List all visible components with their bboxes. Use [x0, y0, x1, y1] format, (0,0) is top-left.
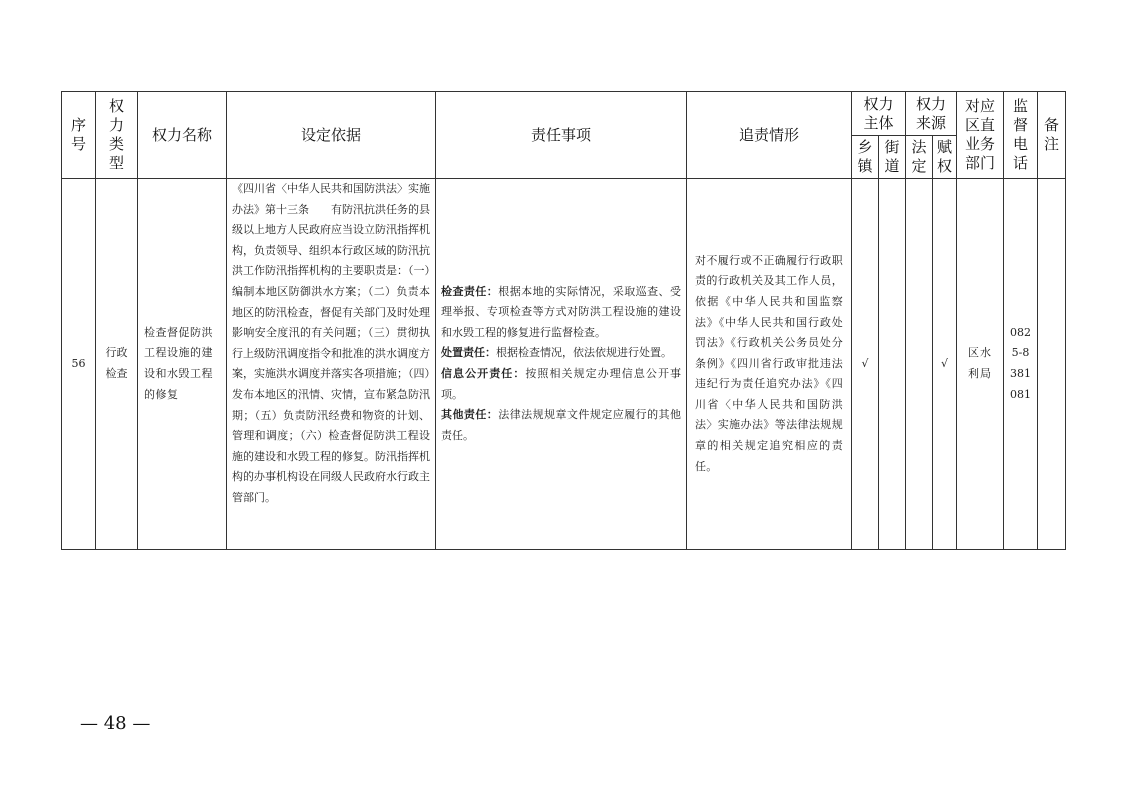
header-subject-township: 乡镇 — [852, 136, 879, 179]
header-seq: 序号 — [62, 92, 96, 179]
page-number: — 48 — — [80, 713, 150, 734]
header-dept: 对应区直业务部门 — [957, 92, 1004, 179]
cell-power-type: 行政检查 — [96, 179, 138, 550]
cell-subject-street — [879, 179, 906, 550]
header-power-type: 权力类型 — [96, 92, 138, 179]
header-accountability: 追责情形 — [687, 92, 852, 179]
cell-phone: 082 5-8 381 081 — [1004, 179, 1038, 550]
header-power-subject: 权力主体 — [852, 92, 906, 136]
cell-accountability: 对不履行或不正确履行行政职责的行政机关及其工作人员，依据《中华人民共和国监察法》… — [687, 179, 852, 550]
cell-remarks — [1038, 179, 1066, 550]
header-phone: 监督电话 — [1004, 92, 1038, 179]
cell-seq: 56 — [62, 179, 96, 550]
cell-subject-township-check: √ — [852, 179, 879, 550]
table-row: 56 行政检查 检查督促防洪工程设施的建设和水毁工程的修复 《四川省〈中华人民共… — [62, 179, 1066, 550]
header-power-source: 权力来源 — [906, 92, 957, 136]
cell-responsibility: 检查责任：根据本地的实际情况，采取巡查、受理举报、专项检查等方式对防洪工程设施的… — [436, 179, 687, 550]
cell-source-statutory — [906, 179, 933, 550]
resp-disposal: 处置责任：根据检查情况，依法依规进行处置。 — [441, 343, 681, 364]
header-basis: 设定依据 — [227, 92, 436, 179]
cell-basis: 《四川省〈中华人民共和国防洪法〉实施办法》第十三条 有防汛抗洪任务的县级以上地方… — [227, 179, 436, 550]
cell-dept: 区水利局 — [957, 179, 1004, 550]
resp-inspection: 检查责任：根据本地的实际情况，采取巡查、受理举报、专项检查等方式对防洪工程设施的… — [441, 282, 681, 344]
header-source-granted: 赋权 — [933, 136, 957, 179]
header-power-name: 权力名称 — [138, 92, 227, 179]
resp-disclosure: 信息公开责任：按照相关规定办理信息公开事项。 — [441, 364, 681, 405]
header-source-statutory: 法定 — [906, 136, 933, 179]
cell-power-name: 检查督促防洪工程设施的建设和水毁工程的修复 — [138, 179, 227, 550]
cell-source-granted-check: √ — [933, 179, 957, 550]
header-remarks: 备注 — [1038, 92, 1066, 179]
header-subject-street: 街道 — [879, 136, 906, 179]
header-responsibility: 责任事项 — [436, 92, 687, 179]
resp-other: 其他责任：法律法规规章文件规定应履行的其他责任。 — [441, 405, 681, 446]
power-list-table: 序号 权力类型 权力名称 设定依据 责任事项 追责情形 权力主体 权力来源 对应… — [61, 91, 1066, 550]
